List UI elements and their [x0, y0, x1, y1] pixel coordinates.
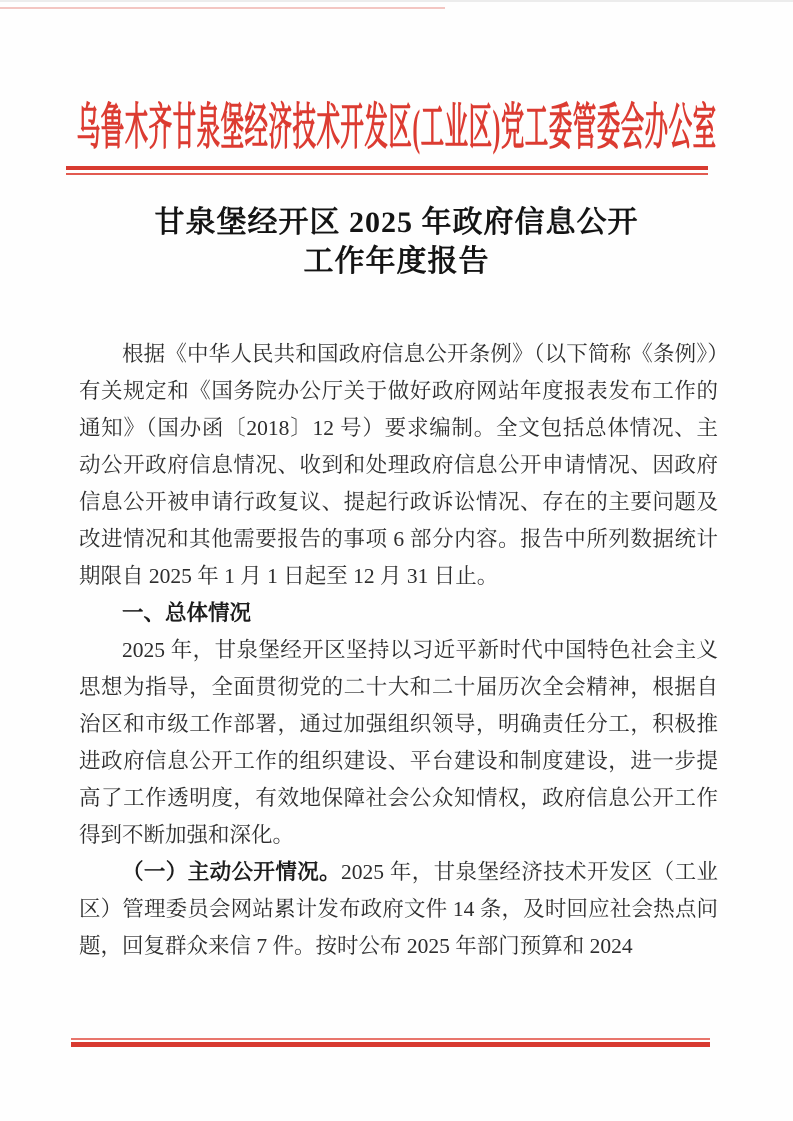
document-title: 甘泉堡经开区 2025 年政府信息公开 工作年度报告: [0, 203, 793, 281]
subsection-1-1-lead: （一）主动公开情况。: [122, 860, 341, 884]
document-page: 乌鲁木齐甘泉堡经济技术开发区(工业区)党工委管委会办公室 甘泉堡经开区 2025…: [0, 0, 793, 1121]
subsection-1-1-paragraph: （一）主动公开情况。2025 年，甘泉堡经济技术开发区（工业区）管理委员会网站累…: [79, 854, 718, 965]
letterhead-org-name: 乌鲁木齐甘泉堡经济技术开发区(工业区)党工委管委会办公室: [0, 96, 793, 158]
scan-artifact-line: [0, 7, 445, 9]
document-title-line1: 甘泉堡经开区 2025 年政府信息公开: [0, 203, 793, 242]
footer-rule-thin: [71, 1038, 710, 1040]
intro-paragraph: 根据《中华人民共和国政府信息公开条例》（以下简称《条例》）有关规定和《国务院办公…: [79, 336, 718, 595]
letterhead-org-name-text: 乌鲁木齐甘泉堡经济技术开发区(工业区)党工委管委会办公室: [77, 96, 717, 158]
scan-edge-line: [0, 0, 793, 2]
footer-rule-thick: [71, 1042, 710, 1047]
letterhead-rule-thick: [66, 166, 708, 170]
section-1-paragraph: 2025 年，甘泉堡经开区坚持以习近平新时代中国特色社会主义思想为指导，全面贯彻…: [79, 632, 718, 854]
section-1-heading: 一、总体情况: [79, 595, 718, 632]
letterhead-rule-thin: [66, 173, 708, 175]
document-body: 根据《中华人民共和国政府信息公开条例》（以下简称《条例》）有关规定和《国务院办公…: [79, 336, 718, 965]
document-title-line2: 工作年度报告: [0, 242, 793, 281]
